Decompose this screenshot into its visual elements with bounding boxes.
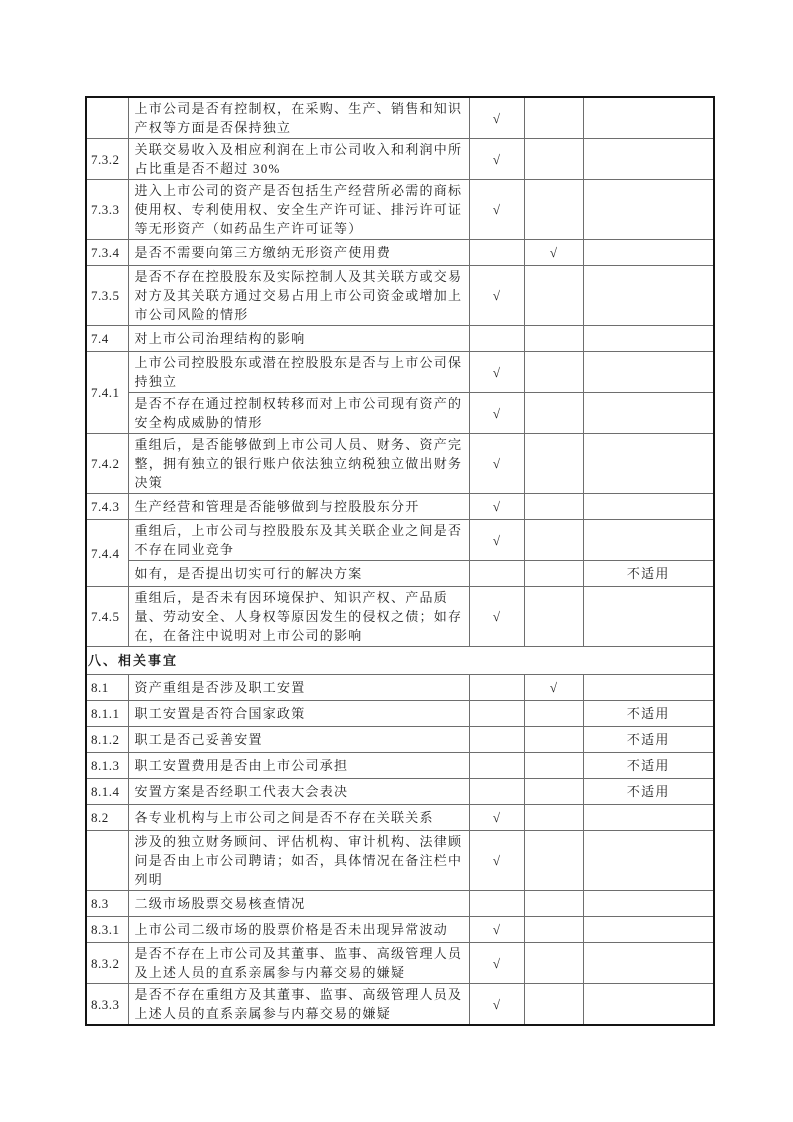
item-text: 是否不存在上市公司及其董事、监事、高级管理人员及上述人员的直系亲属参与内幕交易的… — [128, 943, 469, 984]
check-cell-1: √ — [469, 266, 524, 326]
remark-cell — [583, 587, 714, 647]
item-number: 8.1.4 — [86, 779, 128, 805]
table-row: 7.4.5 重组后，是否未有因环境保护、知识产权、产品质量、劳动安全、人身权等原… — [86, 587, 714, 647]
check-cell-2 — [524, 180, 583, 240]
item-text: 进入上市公司的资产是否包括生产经营所必需的商标使用权、专利使用权、安全生产许可证… — [128, 180, 469, 240]
table-row: 7.3.5 是否不存在控股股东及实际控制人及其关联方或交易对方及其关联方通过交易… — [86, 266, 714, 326]
item-number: 8.1.1 — [86, 701, 128, 727]
table-row: 8.1.3 职工安置费用是否由上市公司承担 不适用 — [86, 753, 714, 779]
remark-cell — [583, 266, 714, 326]
check-cell-1: √ — [469, 805, 524, 831]
check-cell-2 — [524, 139, 583, 180]
check-cell-2 — [524, 917, 583, 943]
check-cell-1: √ — [469, 97, 524, 139]
item-text: 上市公司是否有控制权，在采购、生产、销售和知识产权等方面是否保持独立 — [128, 97, 469, 139]
item-text: 上市公司二级市场的股票价格是否未出现异常波动 — [128, 917, 469, 943]
check-cell-2: √ — [524, 240, 583, 266]
item-text: 重组后，是否能够做到上市公司人员、财务、资产完整，拥有独立的银行账户依法独立纳税… — [128, 434, 469, 494]
item-text: 职工是否己妥善安置 — [128, 727, 469, 753]
table-row: 8.1.4 安置方案是否经职工代表大会表决 不适用 — [86, 779, 714, 805]
item-text: 对上市公司治理结构的影响 — [128, 326, 469, 352]
table-row: 7.4.2 重组后，是否能够做到上市公司人员、财务、资产完整，拥有独立的银行账户… — [86, 434, 714, 494]
check-cell-2 — [524, 393, 583, 434]
check-cell-2 — [524, 434, 583, 494]
item-number: 7.3.5 — [86, 266, 128, 326]
check-cell-2 — [524, 520, 583, 561]
check-cell-1 — [469, 326, 524, 352]
check-cell-1 — [469, 240, 524, 266]
remark-cell — [583, 240, 714, 266]
item-number: 8.1.3 — [86, 753, 128, 779]
item-text: 上市公司控股股东或潜在控股股东是否与上市公司保持独立 — [128, 352, 469, 393]
table-row: 7.3.3 进入上市公司的资产是否包括生产经营所必需的商标使用权、专利使用权、安… — [86, 180, 714, 240]
check-cell-1: √ — [469, 943, 524, 984]
remark-cell — [583, 352, 714, 393]
item-text: 重组后，上市公司与控股股东及其关联企业之间是否不存在同业竞争 — [128, 520, 469, 561]
check-cell-2 — [524, 326, 583, 352]
table-row: 是否不存在通过控制权转移而对上市公司现有资产的安全构成威胁的情形 √ — [86, 393, 714, 434]
section-header-row: 八、相关事宜 — [86, 647, 714, 675]
check-cell-2 — [524, 984, 583, 1026]
check-cell-1 — [469, 675, 524, 701]
item-number — [86, 97, 128, 139]
check-cell-2 — [524, 727, 583, 753]
table-row: 7.3.4 是否不需要向第三方缴纳无形资产使用费 √ — [86, 240, 714, 266]
table-row: 8.2 各专业机构与上市公司之间是否不存在关联关系 √ — [86, 805, 714, 831]
check-cell-2 — [524, 701, 583, 727]
item-number — [86, 831, 128, 891]
table-row: 7.4.3 生产经营和管理是否能够做到与控股股东分开 √ — [86, 494, 714, 520]
item-text: 是否不存在控股股东及实际控制人及其关联方或交易对方及其关联方通过交易占用上市公司… — [128, 266, 469, 326]
remark-cell — [583, 180, 714, 240]
item-number: 8.2 — [86, 805, 128, 831]
remark-cell: 不适用 — [583, 779, 714, 805]
table-row: 8.1.1 职工安置是否符合国家政策 不适用 — [86, 701, 714, 727]
remark-cell — [583, 520, 714, 561]
remark-cell: 不适用 — [583, 701, 714, 727]
check-cell-1: √ — [469, 917, 524, 943]
remark-cell — [583, 97, 714, 139]
item-number: 8.1 — [86, 675, 128, 701]
remark-cell: 不适用 — [583, 561, 714, 587]
remark-cell — [583, 984, 714, 1026]
item-text: 是否不需要向第三方缴纳无形资产使用费 — [128, 240, 469, 266]
item-number: 7.3.3 — [86, 180, 128, 240]
check-cell-1: √ — [469, 139, 524, 180]
table-row: 如有，是否提出切实可行的解决方案 不适用 — [86, 561, 714, 587]
table-row: 8.3.3 是否不存在重组方及其董事、监事、高级管理人员及上述人员的直系亲属参与… — [86, 984, 714, 1026]
check-cell-1: √ — [469, 352, 524, 393]
item-number: 8.3.3 — [86, 984, 128, 1026]
remark-cell — [583, 831, 714, 891]
check-cell-2 — [524, 753, 583, 779]
checklist-table: 上市公司是否有控制权，在采购、生产、销售和知识产权等方面是否保持独立 √ 7.3… — [85, 96, 715, 1026]
check-cell-1: √ — [469, 520, 524, 561]
item-text: 涉及的独立财务顾问、评估机构、审计机构、法律顾问是否由上市公司聘请；如否，具体情… — [128, 831, 469, 891]
table-row: 7.3.2 关联交易收入及相应利润在上市公司收入和利润中所占比重是否不超过 30… — [86, 139, 714, 180]
check-cell-1 — [469, 561, 524, 587]
table-row: 7.4.4 重组后，上市公司与控股股东及其关联企业之间是否不存在同业竞争 √ — [86, 520, 714, 561]
check-cell-2 — [524, 266, 583, 326]
check-cell-1 — [469, 701, 524, 727]
check-cell-1: √ — [469, 494, 524, 520]
item-number: 7.4.5 — [86, 587, 128, 647]
remark-cell: 不适用 — [583, 727, 714, 753]
remark-cell — [583, 326, 714, 352]
check-cell-1: √ — [469, 393, 524, 434]
remark-cell — [583, 675, 714, 701]
table-row: 8.3 二级市场股票交易核查情况 — [86, 891, 714, 917]
table-row: 7.4.1 上市公司控股股东或潜在控股股东是否与上市公司保持独立 √ — [86, 352, 714, 393]
check-cell-2 — [524, 587, 583, 647]
item-text: 安置方案是否经职工代表大会表决 — [128, 779, 469, 805]
item-text: 重组后，是否未有因环境保护、知识产权、产品质量、劳动安全、人身权等原因发生的侵权… — [128, 587, 469, 647]
item-text: 各专业机构与上市公司之间是否不存在关联关系 — [128, 805, 469, 831]
check-cell-1: √ — [469, 587, 524, 647]
check-cell-1 — [469, 753, 524, 779]
remark-cell — [583, 434, 714, 494]
check-cell-1 — [469, 727, 524, 753]
check-cell-1 — [469, 891, 524, 917]
item-number: 7.4.1 — [86, 352, 128, 434]
item-text: 职工安置是否符合国家政策 — [128, 701, 469, 727]
remark-cell — [583, 891, 714, 917]
table-row: 涉及的独立财务顾问、评估机构、审计机构、法律顾问是否由上市公司聘请；如否，具体情… — [86, 831, 714, 891]
check-cell-2 — [524, 494, 583, 520]
section-header: 八、相关事宜 — [86, 647, 714, 675]
remark-cell — [583, 393, 714, 434]
document-page: 上市公司是否有控制权，在采购、生产、销售和知识产权等方面是否保持独立 √ 7.3… — [0, 0, 793, 1122]
check-cell-1 — [469, 779, 524, 805]
item-text: 关联交易收入及相应利润在上市公司收入和利润中所占比重是否不超过 30% — [128, 139, 469, 180]
check-cell-1: √ — [469, 434, 524, 494]
check-cell-2 — [524, 805, 583, 831]
check-cell-1: √ — [469, 984, 524, 1026]
check-cell-2 — [524, 943, 583, 984]
check-cell-2 — [524, 352, 583, 393]
table-row: 上市公司是否有控制权，在采购、生产、销售和知识产权等方面是否保持独立 √ — [86, 97, 714, 139]
table-row: 8.1.2 职工是否己妥善安置 不适用 — [86, 727, 714, 753]
check-cell-1: √ — [469, 831, 524, 891]
check-cell-2 — [524, 561, 583, 587]
table-row: 8.3.1 上市公司二级市场的股票价格是否未出现异常波动 √ — [86, 917, 714, 943]
remark-cell: 不适用 — [583, 753, 714, 779]
check-cell-2 — [524, 891, 583, 917]
check-cell-2 — [524, 97, 583, 139]
item-text: 是否不存在重组方及其董事、监事、高级管理人员及上述人员的直系亲属参与内幕交易的嫌… — [128, 984, 469, 1026]
item-number: 8.3.1 — [86, 917, 128, 943]
item-number: 7.4.2 — [86, 434, 128, 494]
item-number: 7.4.3 — [86, 494, 128, 520]
remark-cell — [583, 139, 714, 180]
item-text: 职工安置费用是否由上市公司承担 — [128, 753, 469, 779]
remark-cell — [583, 917, 714, 943]
remark-cell — [583, 943, 714, 984]
item-text: 生产经营和管理是否能够做到与控股股东分开 — [128, 494, 469, 520]
table-row: 7.4 对上市公司治理结构的影响 — [86, 326, 714, 352]
item-text: 是否不存在通过控制权转移而对上市公司现有资产的安全构成威胁的情形 — [128, 393, 469, 434]
item-number: 7.4.4 — [86, 520, 128, 587]
item-number: 7.3.4 — [86, 240, 128, 266]
item-number: 7.3.2 — [86, 139, 128, 180]
item-number: 8.3.2 — [86, 943, 128, 984]
check-cell-2: √ — [524, 675, 583, 701]
item-number: 8.3 — [86, 891, 128, 917]
item-text: 资产重组是否涉及职工安置 — [128, 675, 469, 701]
item-number: 8.1.2 — [86, 727, 128, 753]
item-text: 二级市场股票交易核查情况 — [128, 891, 469, 917]
remark-cell — [583, 494, 714, 520]
item-number: 7.4 — [86, 326, 128, 352]
table-row: 8.3.2 是否不存在上市公司及其董事、监事、高级管理人员及上述人员的直系亲属参… — [86, 943, 714, 984]
item-text: 如有，是否提出切实可行的解决方案 — [128, 561, 469, 587]
check-cell-2 — [524, 779, 583, 805]
remark-cell — [583, 805, 714, 831]
check-cell-2 — [524, 831, 583, 891]
check-cell-1: √ — [469, 180, 524, 240]
table-row: 8.1 资产重组是否涉及职工安置 √ — [86, 675, 714, 701]
